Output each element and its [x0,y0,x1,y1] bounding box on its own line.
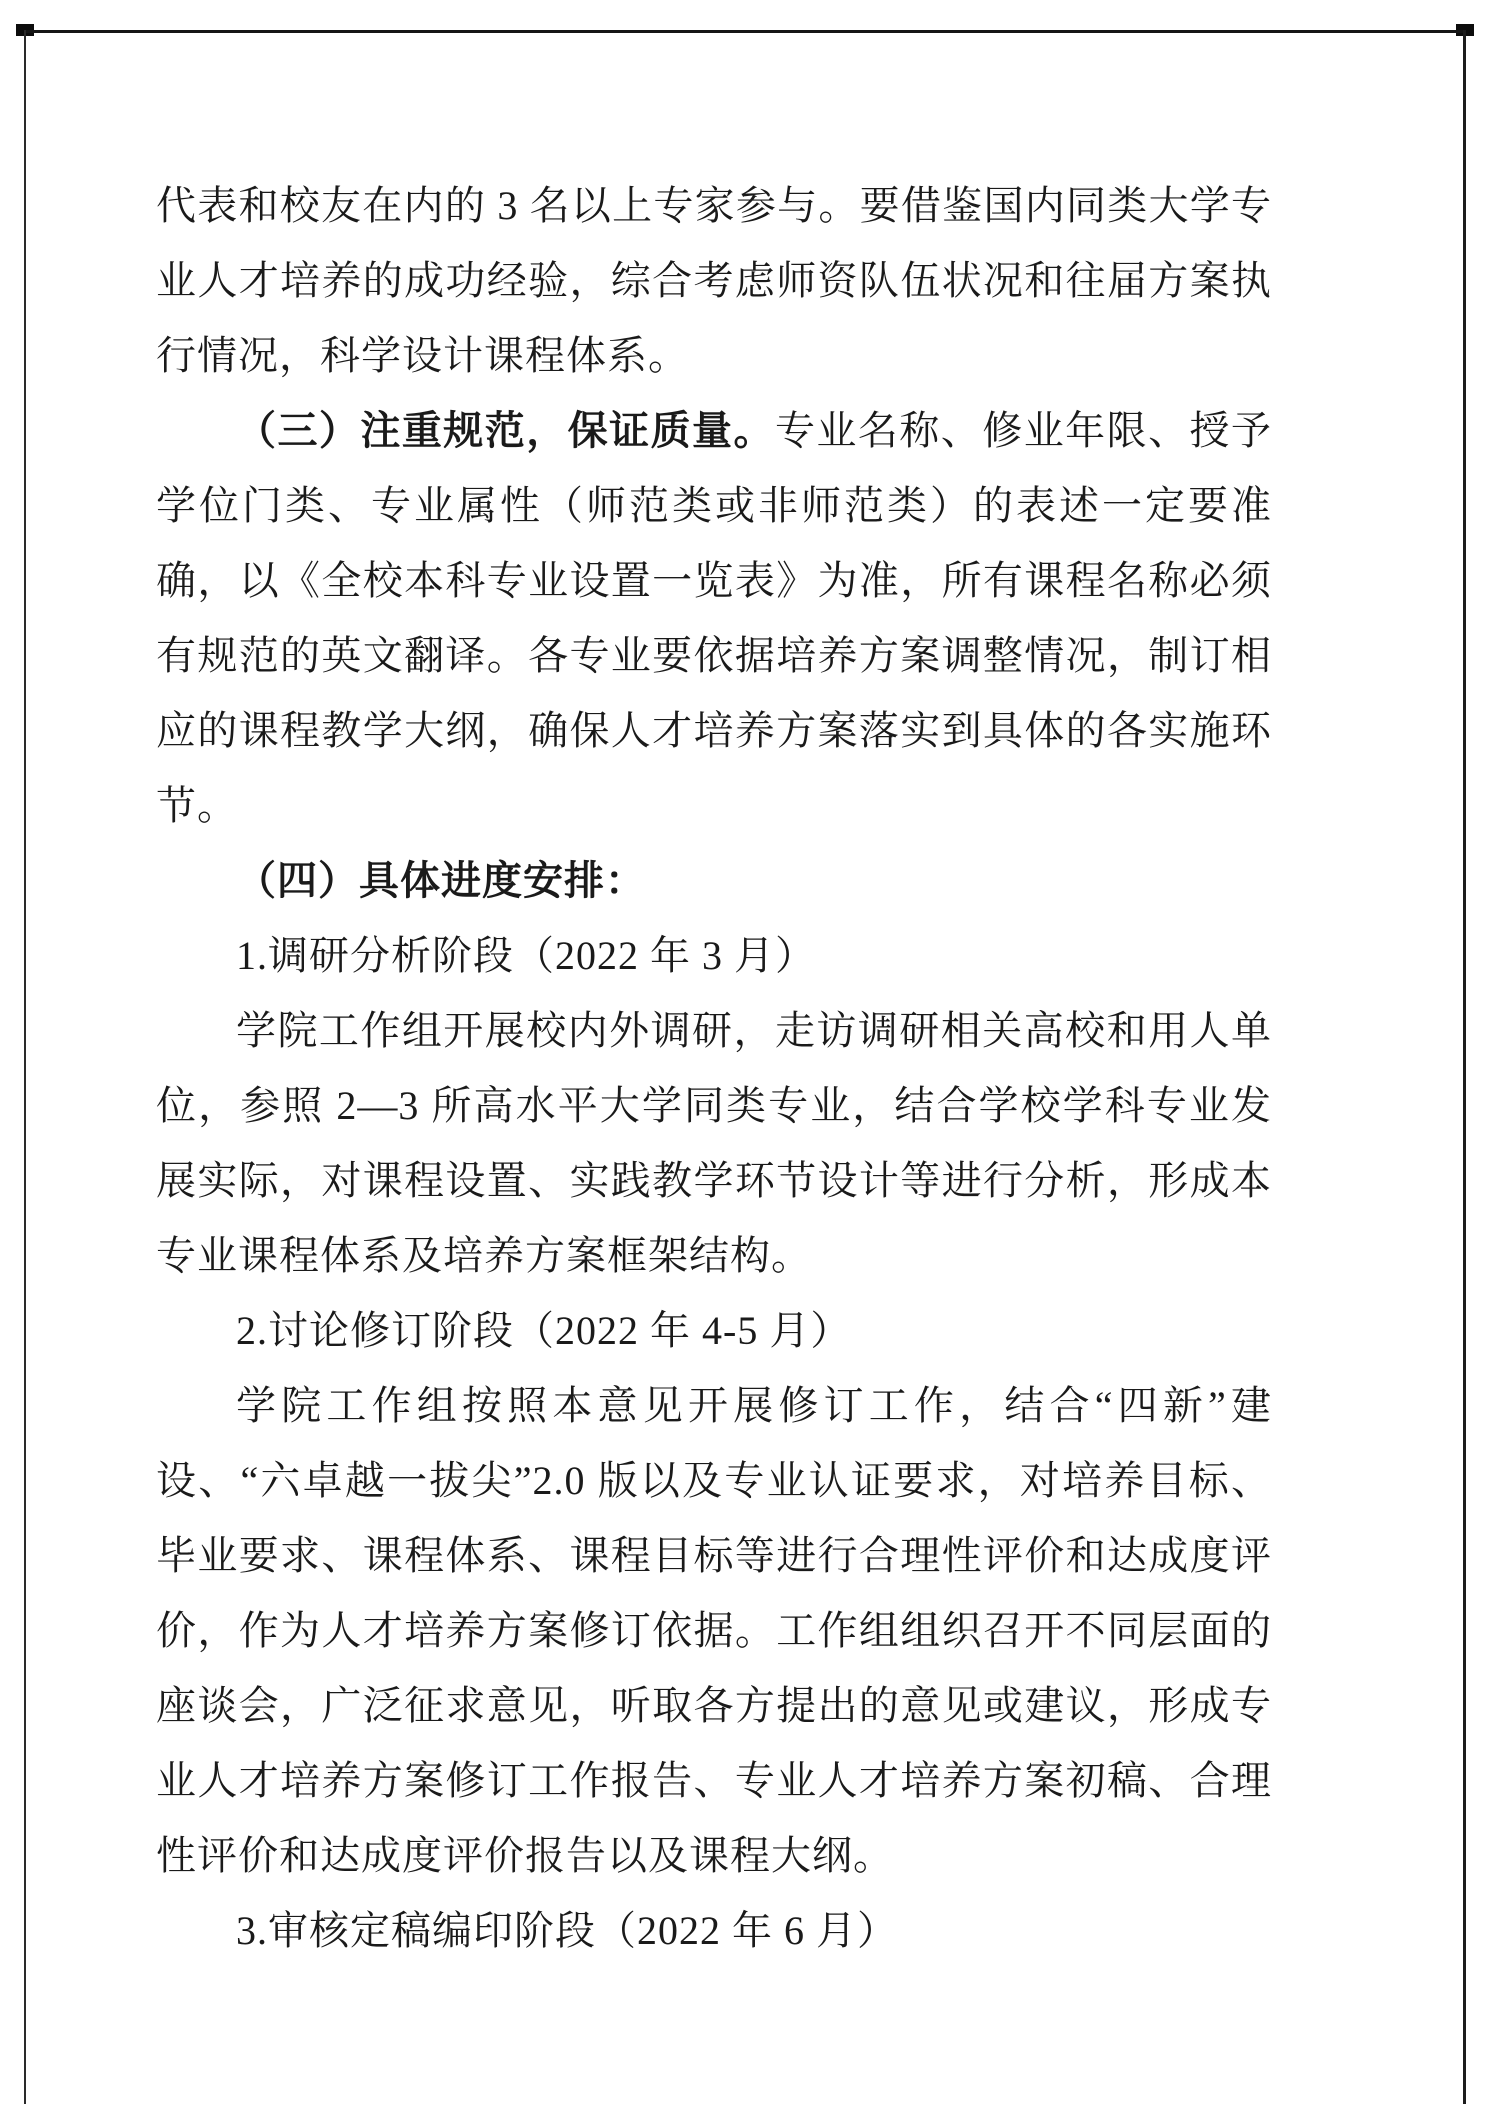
paragraph-text: 2.讨论修订阶段（2022 年 4-5 月） [236,1308,851,1353]
paragraph-text: 学院工作组开展校内外调研，走访调研相关高校和用人单位，参照 2—3 所高水平大学… [156,1008,1272,1278]
paragraph: 学院工作组开展校内外调研，走访调研相关高校和用人单位，参照 2—3 所高水平大学… [156,993,1272,1293]
paragraph-bold-heading: （三）注重规范，保证质量。 [236,408,775,453]
scan-border-right [1463,30,1466,2104]
paragraph-text: 3.审核定稿编印阶段（2022 年 6 月） [236,1908,898,1953]
paragraph: （三）注重规范，保证质量。专业名称、修业年限、授予学位门类、专业属性（师范类或非… [156,393,1272,843]
paragraph-text: 1.调研分析阶段（2022 年 3 月） [236,933,816,978]
paragraph-text: 专业名称、修业年限、授予学位门类、专业属性（师范类或非师范类）的表述一定要准确，… [156,408,1272,828]
scan-border-top [26,30,1466,33]
paragraph-text: 学院工作组按照本意见开展修订工作，结合“四新”建设、“六卓越一拔尖”2.0 版以… [156,1383,1272,1878]
paragraph-text: 代表和校友在内的 3 名以上专家参与。要借鉴国内同类大学专业人才培养的成功经验，… [156,183,1272,378]
paragraph: （四）具体进度安排： [156,843,1272,918]
scan-border-left [24,30,26,2104]
paragraph: 1.调研分析阶段（2022 年 3 月） [156,918,1272,993]
paragraph: 2.讨论修订阶段（2022 年 4-5 月） [156,1293,1272,1368]
paragraph: 代表和校友在内的 3 名以上专家参与。要借鉴国内同类大学专业人才培养的成功经验，… [156,168,1272,393]
paragraph: 3.审核定稿编印阶段（2022 年 6 月） [156,1893,1272,1968]
paragraph: 学院工作组按照本意见开展修订工作，结合“四新”建设、“六卓越一拔尖”2.0 版以… [156,1368,1272,1893]
document-page: 代表和校友在内的 3 名以上专家参与。要借鉴国内同类大学专业人才培养的成功经验，… [0,0,1488,2104]
document-body: 代表和校友在内的 3 名以上专家参与。要借鉴国内同类大学专业人才培养的成功经验，… [156,168,1272,1968]
paragraph-bold-heading: （四）具体进度安排： [236,858,646,903]
